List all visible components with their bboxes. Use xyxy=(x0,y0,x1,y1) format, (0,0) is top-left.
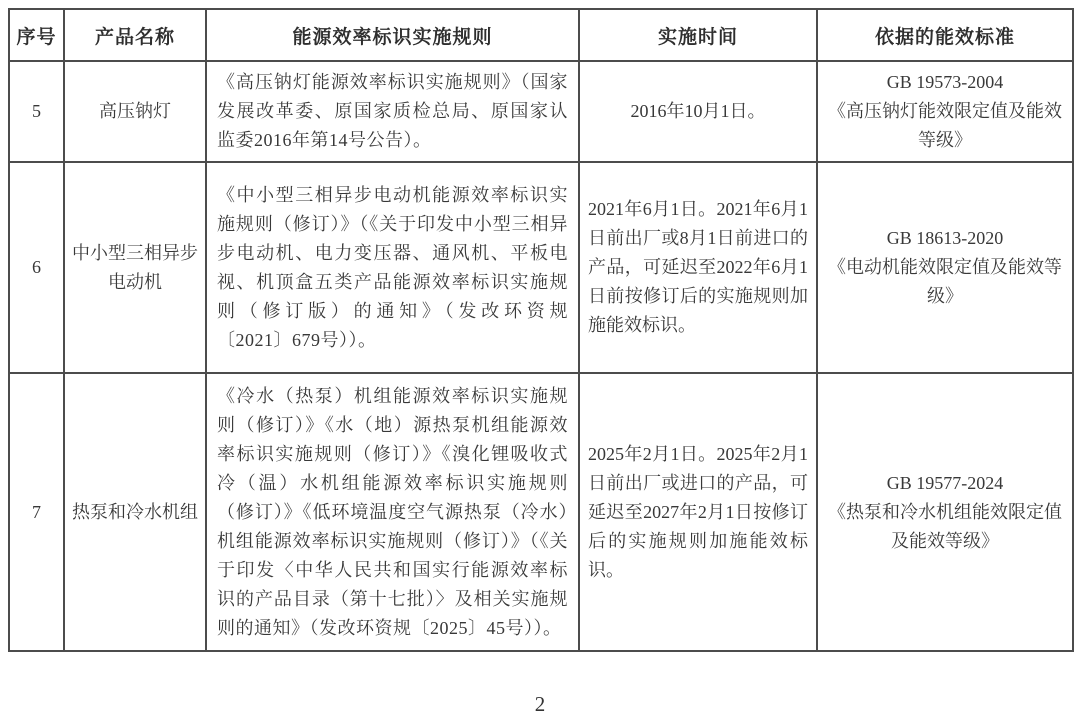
time-cell: 2025年2月1日。2025年2月1日前出厂或进口的产品，可延迟至2027年2月… xyxy=(579,373,817,651)
header-rule: 能源效率标识实施规则 xyxy=(206,9,579,61)
table-row: 5 高压钠灯 《高压钠灯能源效率标识实施规则》（国家发展改革委、原国家质检总局、… xyxy=(9,61,1073,162)
standard-cell: GB 18613-2020 《电动机能效限定值及能效等级》 xyxy=(817,162,1073,373)
row-no-cell: 7 xyxy=(9,373,64,651)
product-name-cell: 热泵和冷水机组 xyxy=(64,373,206,651)
standard-code: GB 19573-2004 xyxy=(824,68,1066,97)
document-page: 序号 产品名称 能源效率标识实施规则 实施时间 依据的能效标准 5 高压钠灯 《… xyxy=(0,0,1080,727)
standard-name: 《高压钠灯能效限定值及能效等级》 xyxy=(824,97,1066,155)
time-cell: 2021年6月1日。2021年6月1日前出厂或8月1日前进口的产品，可延迟至20… xyxy=(579,162,817,373)
row-no-cell: 5 xyxy=(9,61,64,162)
table-row: 7 热泵和冷水机组 《冷水（热泵）机组能源效率标识实施规则（修订）》《水（地）源… xyxy=(9,373,1073,651)
rule-cell: 《中小型三相异步电动机能源效率标识实施规则（修订）》（《关于印发中小型三相异步电… xyxy=(206,162,579,373)
time-cell: 2016年10月1日。 xyxy=(579,61,817,162)
header-time: 实施时间 xyxy=(579,9,817,61)
header-standard: 依据的能效标准 xyxy=(817,9,1073,61)
standard-name: 《热泵和冷水机组能效限定值及能效等级》 xyxy=(824,498,1066,556)
standard-code: GB 18613-2020 xyxy=(824,224,1066,253)
standard-code: GB 19577-2024 xyxy=(824,469,1066,498)
row-no-cell: 6 xyxy=(9,162,64,373)
header-product: 产品名称 xyxy=(64,9,206,61)
standard-cell: GB 19577-2024 《热泵和冷水机组能效限定值及能效等级》 xyxy=(817,373,1073,651)
rule-cell: 《冷水（热泵）机组能源效率标识实施规则（修订）》《水（地）源热泵机组能源效率标识… xyxy=(206,373,579,651)
standard-name: 《电动机能效限定值及能效等级》 xyxy=(824,253,1066,311)
table-header-row: 序号 产品名称 能源效率标识实施规则 实施时间 依据的能效标准 xyxy=(9,9,1073,61)
product-name-cell: 中小型三相异步电动机 xyxy=(64,162,206,373)
product-name-cell: 高压钠灯 xyxy=(64,61,206,162)
table-row: 6 中小型三相异步电动机 《中小型三相异步电动机能源效率标识实施规则（修订）》（… xyxy=(9,162,1073,373)
standard-cell: GB 19573-2004 《高压钠灯能效限定值及能效等级》 xyxy=(817,61,1073,162)
energy-label-rules-table: 序号 产品名称 能源效率标识实施规则 实施时间 依据的能效标准 5 高压钠灯 《… xyxy=(8,8,1074,652)
page-number: 2 xyxy=(0,692,1080,717)
header-no: 序号 xyxy=(9,9,64,61)
rule-cell: 《高压钠灯能源效率标识实施规则》（国家发展改革委、原国家质检总局、原国家认监委2… xyxy=(206,61,579,162)
